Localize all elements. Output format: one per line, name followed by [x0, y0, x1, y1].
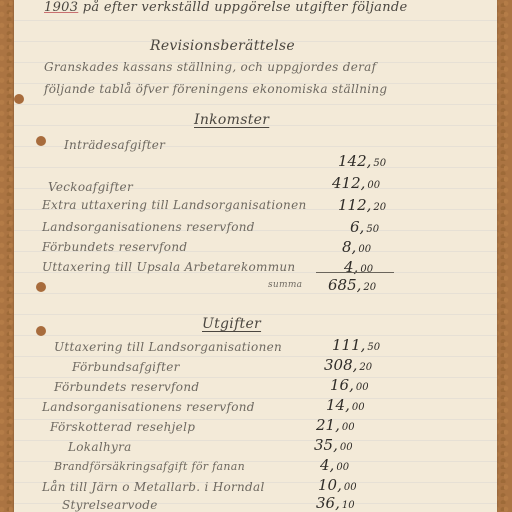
intro-line-2: följande tablå öfver föreningens ekonomi…	[44, 82, 387, 96]
expense-label: Uttaxering till Landsorganisationen	[54, 340, 282, 354]
income-amount: 142,50	[338, 152, 386, 170]
expense-label: Förbundets reservfond	[54, 380, 199, 394]
income-label: Uttaxering till Upsala Arbetarekommun	[42, 260, 295, 274]
income-amount: 112,20	[338, 196, 386, 214]
expense-amount: 4,00	[320, 456, 349, 474]
income-amount: 6,50	[350, 218, 379, 236]
income-amount: 4,00	[344, 258, 373, 276]
sum-rule	[316, 272, 394, 273]
income-label: Extra uttaxering till Landsorganisatione…	[42, 198, 307, 212]
expense-label: Brandförsäkringsafgift för fanan	[54, 460, 245, 473]
expense-amount: 36,10	[316, 494, 355, 512]
expense-amount: 308,20	[324, 356, 372, 374]
income-label: Veckoafgifter	[48, 180, 133, 194]
top-line: 1903 på efter verkställd uppgörelse utgi…	[44, 0, 408, 15]
income-amount: 412,00	[332, 174, 380, 192]
punch-hole	[36, 282, 46, 292]
income-sum: 685,20	[328, 276, 376, 294]
punch-hole	[14, 94, 24, 104]
expense-label: Styrelsearvode	[62, 498, 158, 512]
expense-label: Förskotterad resehjelp	[50, 420, 195, 434]
punch-hole	[36, 136, 46, 146]
handwritten-page: 1903 på efter verkställd uppgörelse utgi…	[14, 0, 497, 512]
expense-label: Lokalhyra	[68, 440, 132, 454]
sum-label: summa	[268, 280, 302, 290]
intro-line-1: Granskades kassans ställning, och uppgjo…	[44, 60, 376, 74]
punch-hole	[36, 326, 46, 336]
year: 1903	[44, 0, 78, 15]
expense-amount: 21,00	[316, 416, 355, 434]
income-label: Förbundets reservfond	[42, 240, 187, 254]
income-amount: 8,00	[342, 238, 371, 256]
expense-amount: 35,00	[314, 436, 353, 454]
top-line-text: på efter verkställd uppgörelse utgifter …	[83, 0, 408, 15]
expense-label: Lån till Järn o Metallarb. i Horndal	[42, 480, 265, 494]
income-label: Landsorganisationens reservfond	[42, 220, 255, 234]
expenses-heading: Utgifter	[202, 316, 261, 332]
document-title: Revisionsberättelse	[150, 38, 295, 54]
expense-amount: 10,00	[318, 476, 357, 494]
income-heading: Inkomster	[194, 112, 269, 128]
expense-amount: 111,50	[332, 336, 380, 354]
income-label: Inträdesafgifter	[64, 138, 165, 152]
expense-amount: 14,00	[326, 396, 365, 414]
expense-label: Landsorganisationens reservfond	[42, 400, 255, 414]
expense-label: Förbundsafgifter	[72, 360, 180, 374]
expense-amount: 16,00	[330, 376, 369, 394]
